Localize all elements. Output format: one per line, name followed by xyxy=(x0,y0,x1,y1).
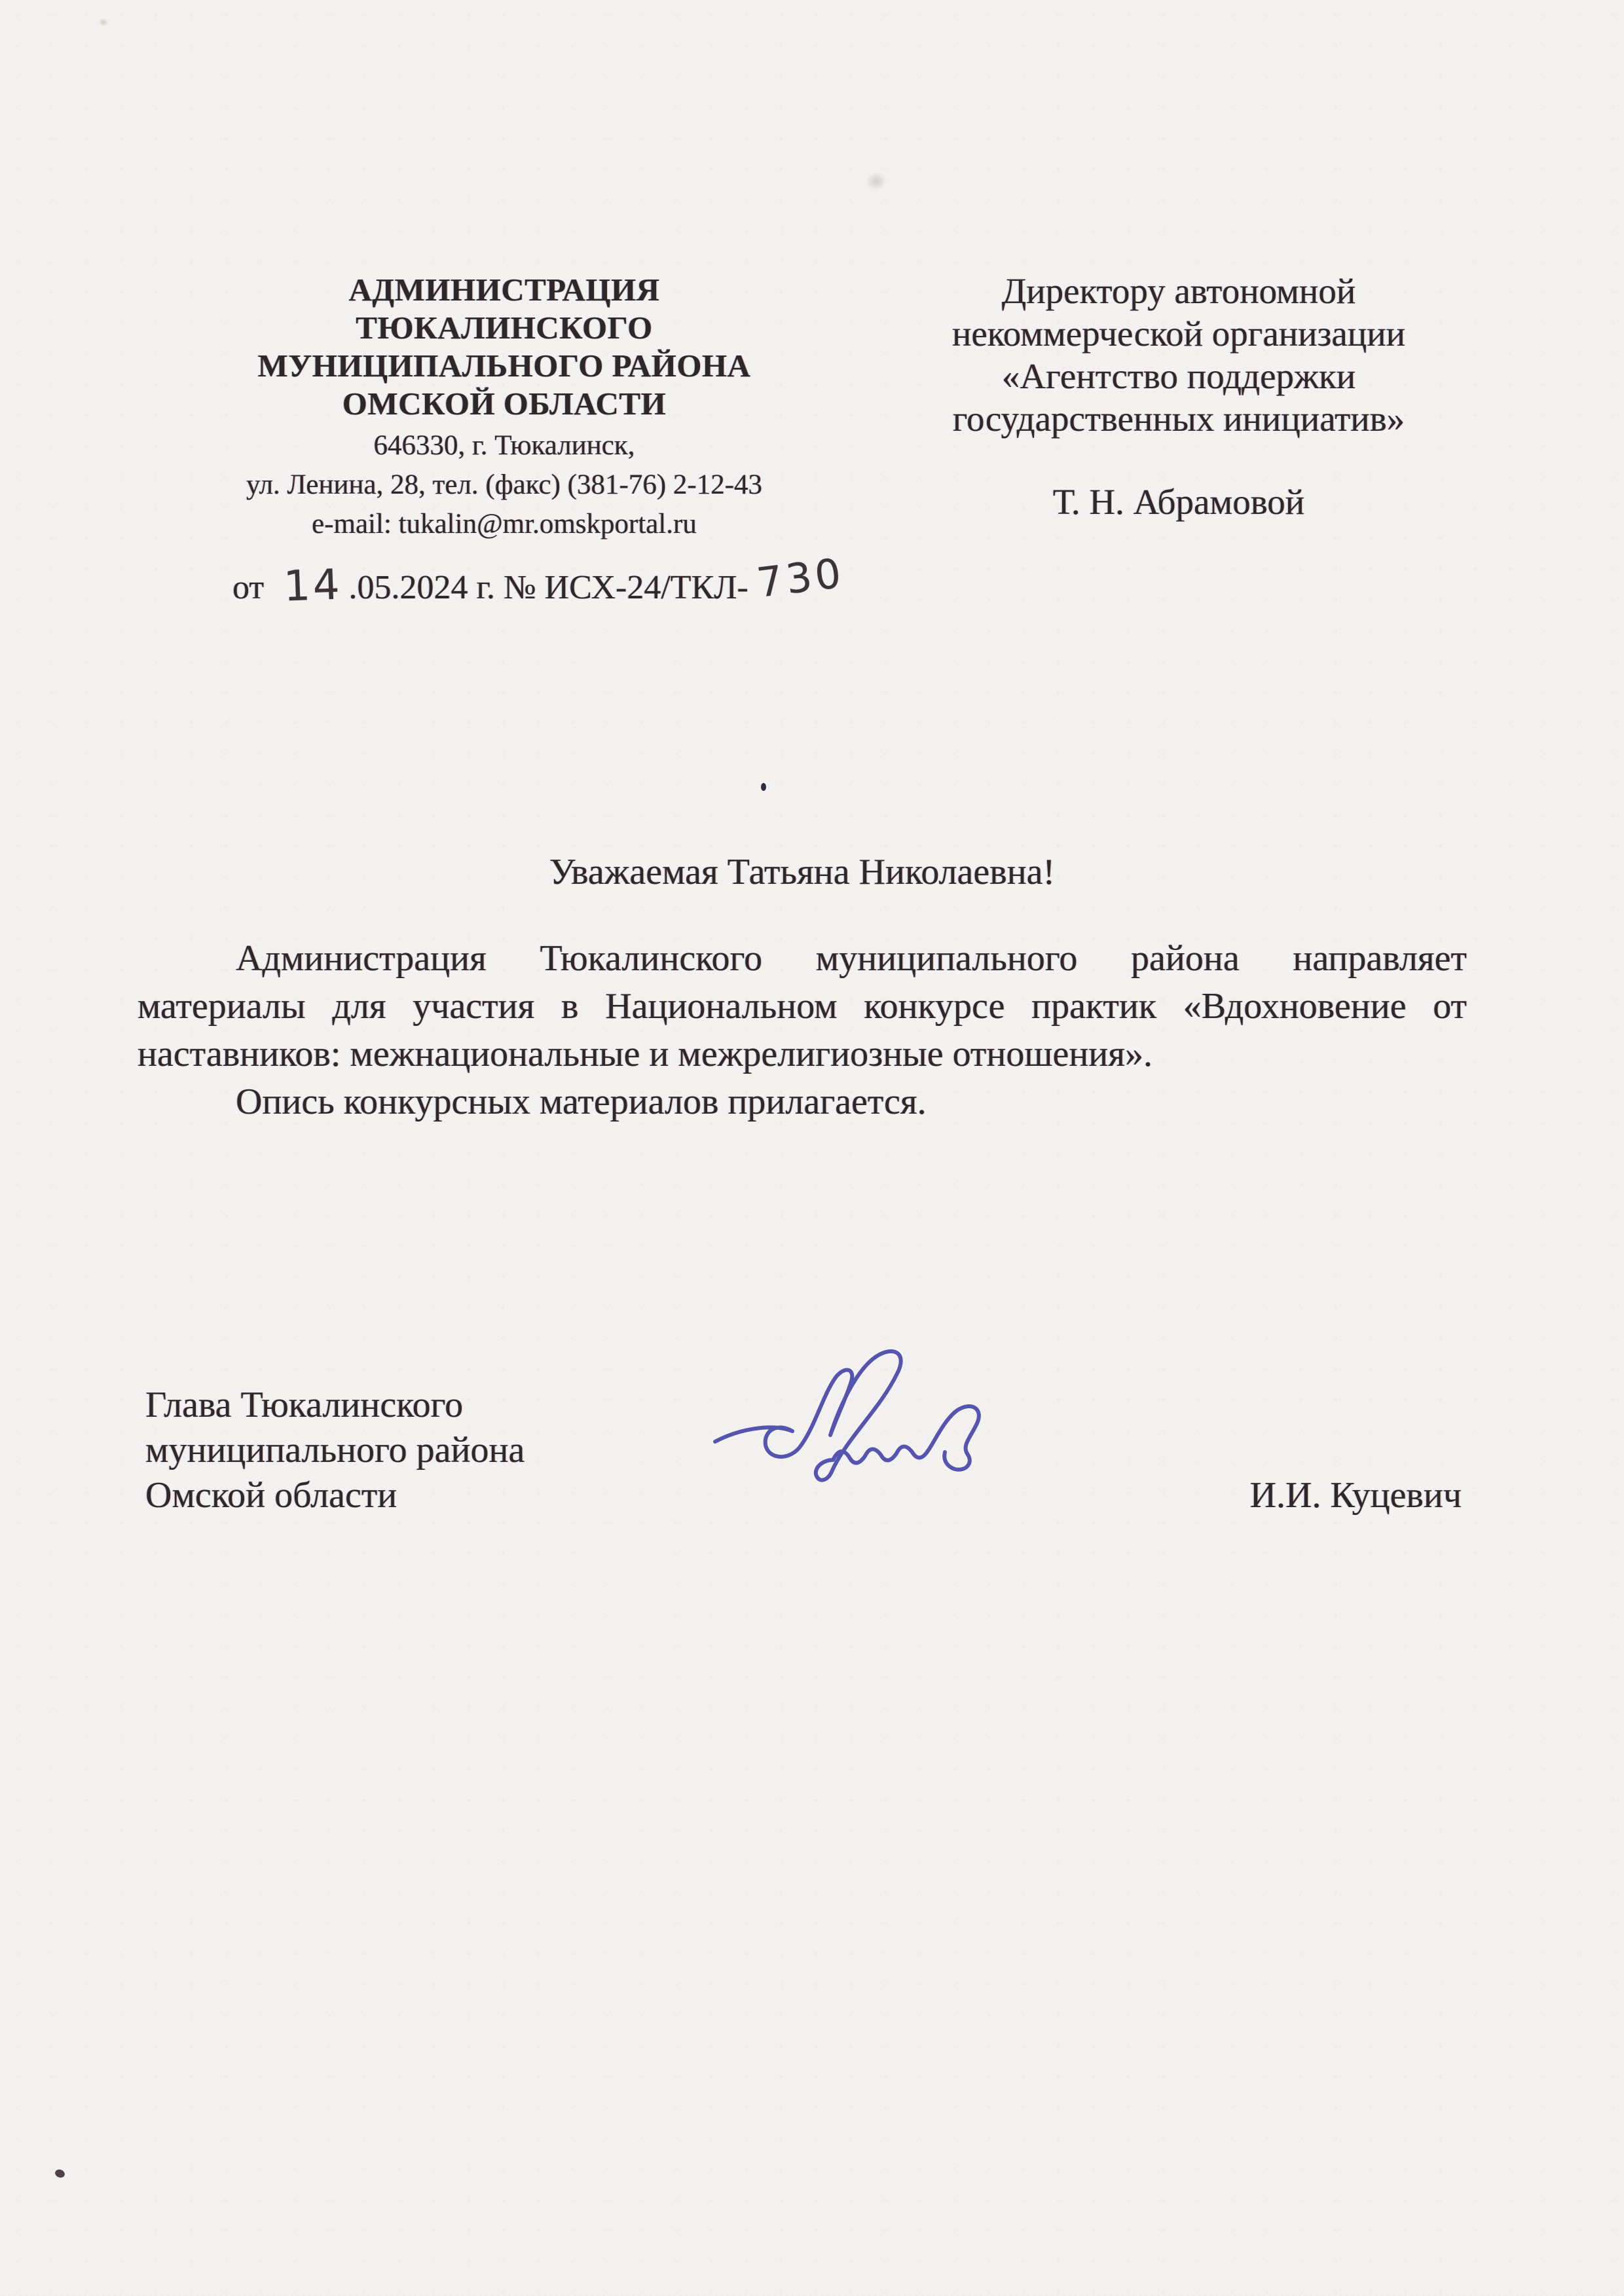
salutation: Уважаемая Татьяна Николаевна! xyxy=(138,848,1467,896)
body-line: наставников: межнациональные и межрелиги… xyxy=(138,1030,1467,1078)
body-line: материалы для участия в Национальном кон… xyxy=(138,983,1467,1030)
signature-scribble xyxy=(701,1343,1015,1494)
ink-speck xyxy=(54,2168,65,2179)
ink-speck xyxy=(761,783,766,791)
handwritten-outgoing-number: 730 xyxy=(754,553,846,604)
signer-position-block: Глава Тюкалинского муниципального района… xyxy=(145,1383,525,1518)
letterhead: АДМИНИСТРАЦИЯ ТЮКАЛИНСКОГО МУНИЦИПАЛЬНОГ… xyxy=(111,271,897,541)
body-line: Администрация Тюкалинского муниципальног… xyxy=(138,935,1467,983)
letterhead-phone-line: ул. Ленина, 28, тел. (факс) (381-76) 2-1… xyxy=(111,468,897,501)
reference-line: от14.05.2024 г. № ИСХ-24/ТКЛ-730 xyxy=(232,564,845,608)
scanned-letter-page: АДМИНИСТРАЦИЯ ТЮКАЛИНСКОГО МУНИЦИПАЛЬНОГ… xyxy=(0,0,1624,2296)
scan-smudge xyxy=(862,169,891,194)
letterhead-org-line: МУНИЦИПАЛЬНОГО РАЙОНА xyxy=(111,347,897,385)
signer-position-line: Глава Тюкалинского xyxy=(145,1383,525,1428)
signer-position-line: муниципального района xyxy=(145,1428,525,1473)
letterhead-org-line: ТЮКАЛИНСКОГО xyxy=(111,309,897,347)
letter-body: Администрация Тюкалинского муниципальног… xyxy=(138,935,1467,1126)
body-line: Опись конкурсных материалов прилагается. xyxy=(138,1078,1467,1126)
reference-prefix: от xyxy=(232,569,264,606)
signer-position-line: Омской области xyxy=(145,1473,525,1518)
recipient-line: Директору автономной xyxy=(950,270,1408,312)
letterhead-postal-address: 646330, г. Тюкалинск, xyxy=(111,429,897,462)
recipient-block: Директору автономной некоммерческой орга… xyxy=(950,270,1408,523)
scan-smudge xyxy=(97,17,110,27)
handwritten-day: 14 xyxy=(283,564,343,607)
reference-printed-number: .05.2024 г. № ИСХ-24/ТКЛ- xyxy=(348,569,748,606)
letterhead-email-line: e-mail: tukalin@mr.omskportal.ru xyxy=(111,507,897,541)
recipient-line: некоммерческой организации xyxy=(950,312,1408,355)
recipient-line: государственных инициатив» xyxy=(950,397,1408,440)
recipient-line: «Агентство поддержки xyxy=(950,355,1408,397)
letterhead-org-line: АДМИНИСТРАЦИЯ xyxy=(111,271,897,309)
recipient-addressee-name: Т. Н. Абрамовой xyxy=(950,481,1408,523)
letterhead-org-line: ОМСКОЙ ОБЛАСТИ xyxy=(111,385,897,423)
signer-name: И.И. Куцевич xyxy=(1250,1473,1462,1518)
